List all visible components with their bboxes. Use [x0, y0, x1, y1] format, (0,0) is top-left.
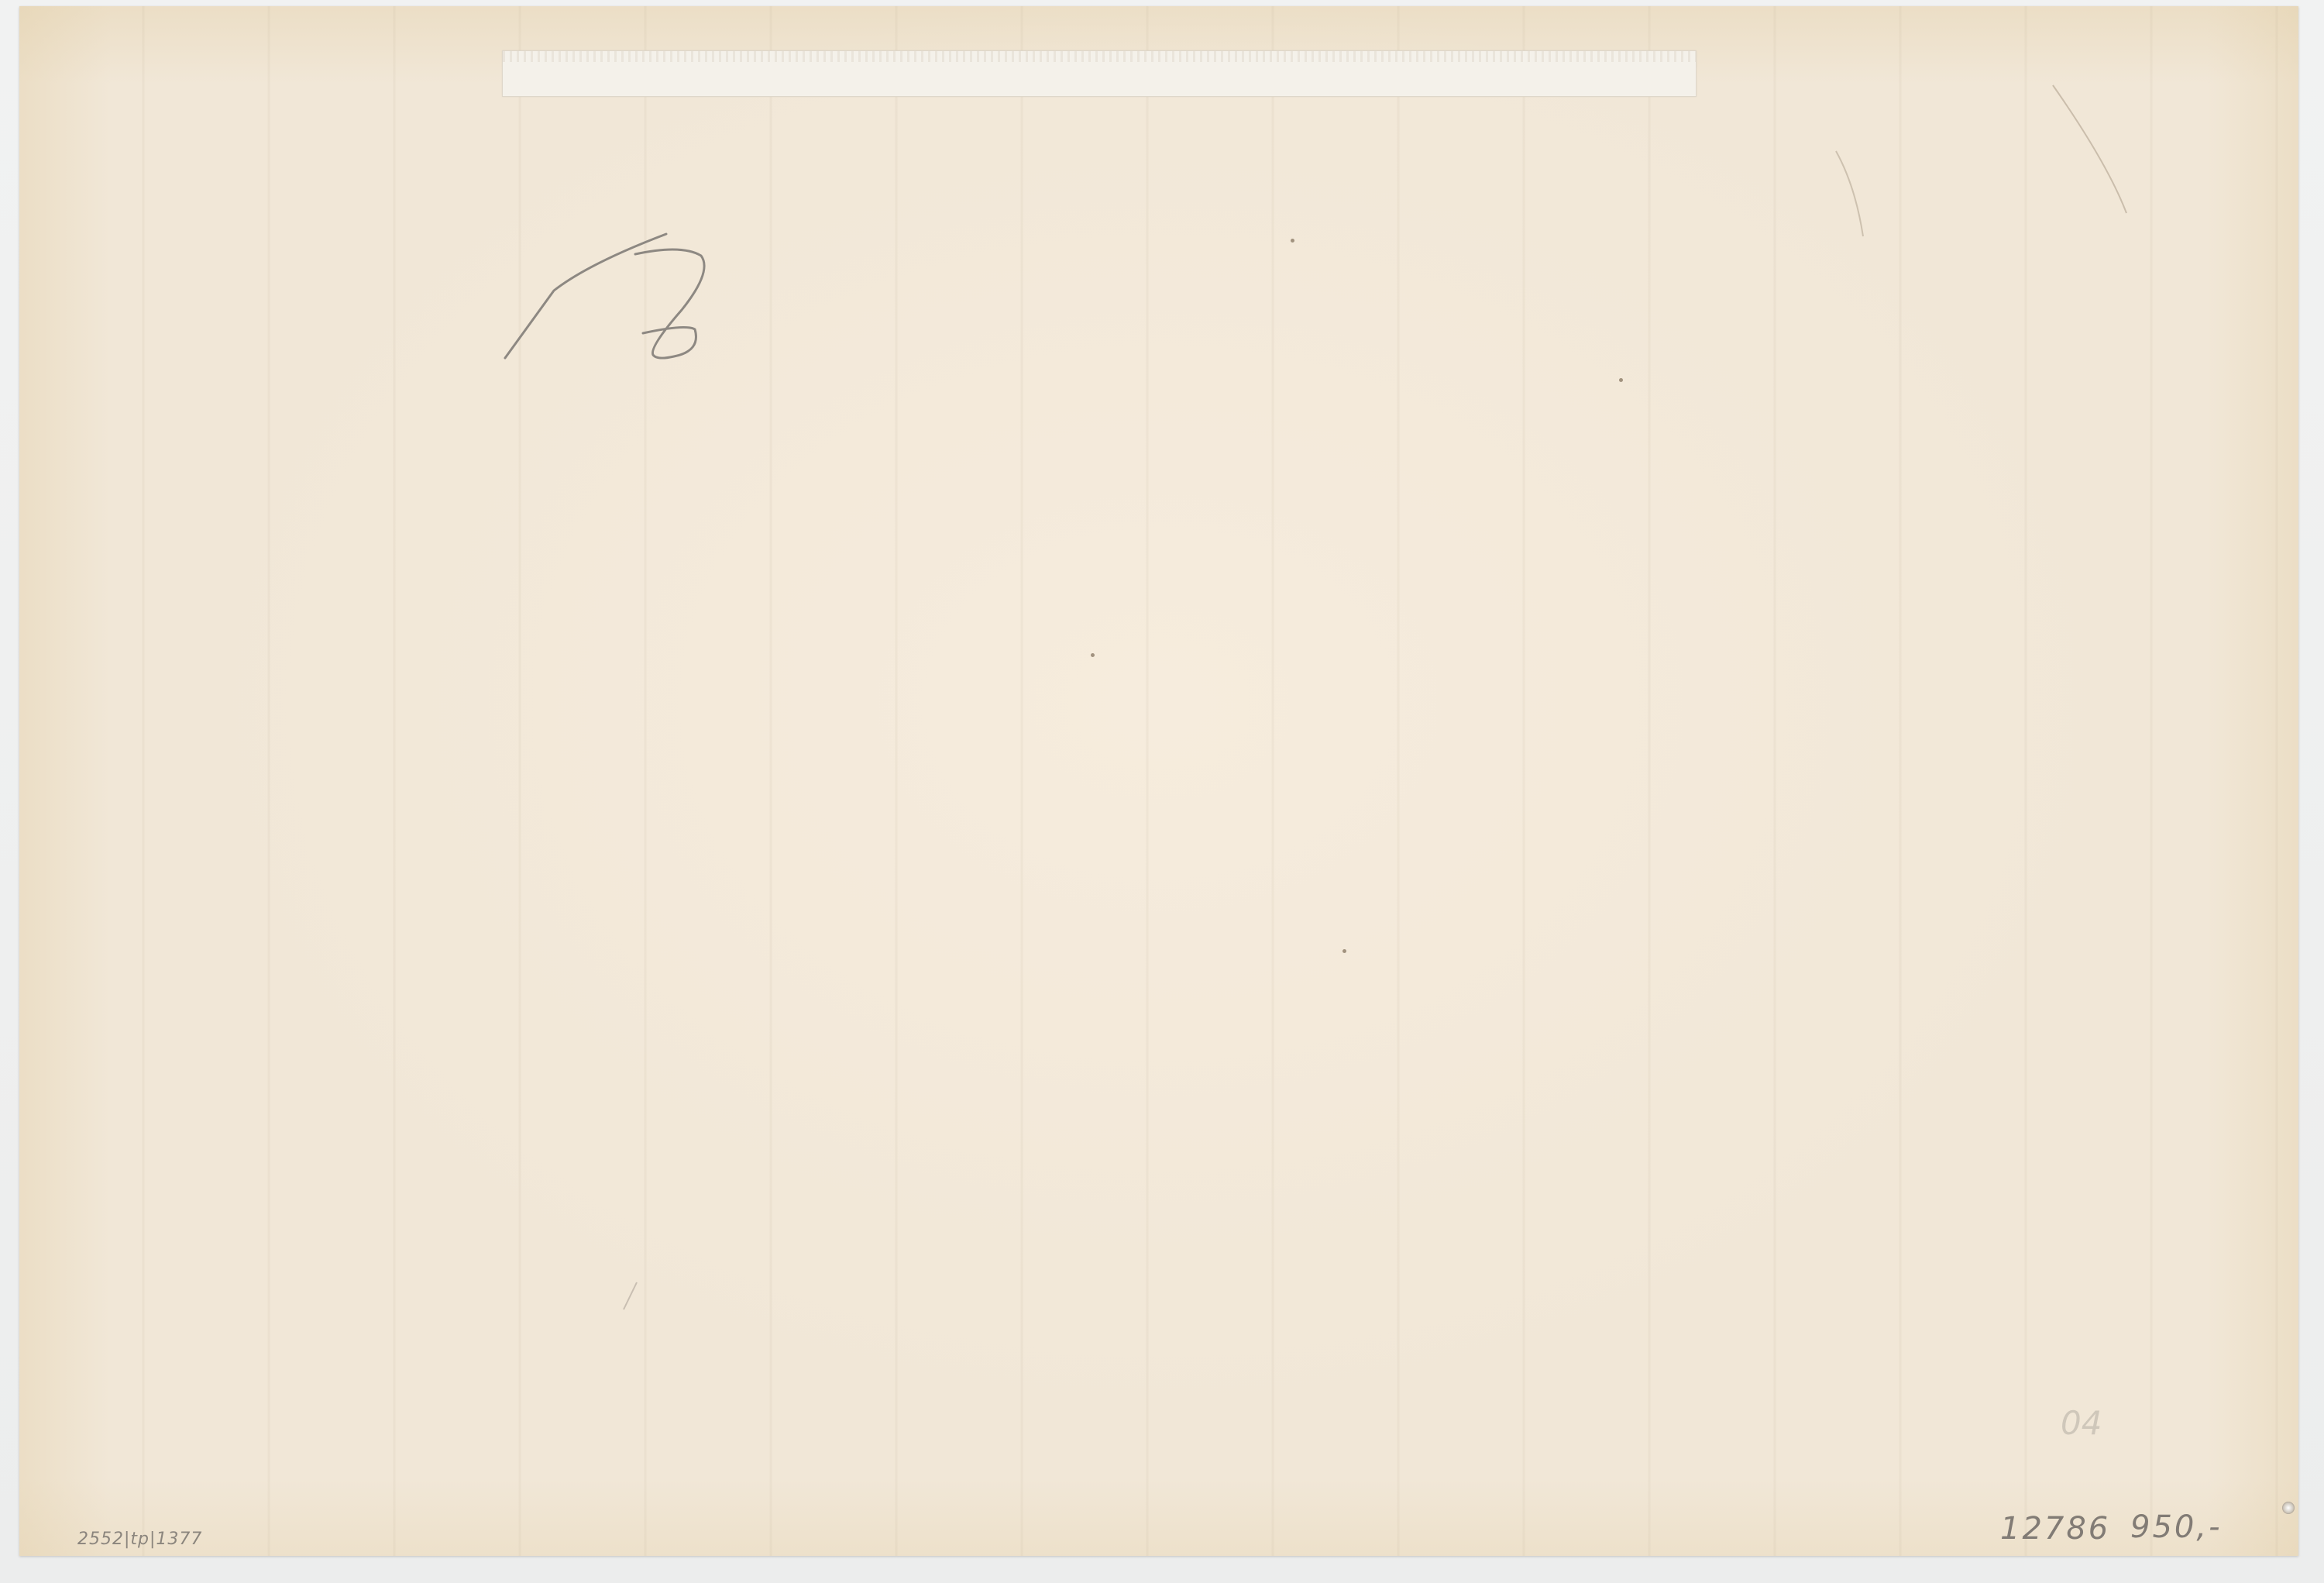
price-annotation: 950,-	[2130, 1509, 2223, 1545]
pencil-mark-f2	[0, 0, 2324, 1583]
foxing-spot	[1291, 239, 1294, 243]
paper-tear	[2282, 1502, 2295, 1514]
inventory-number-right: 12786	[2000, 1511, 2110, 1547]
foxing-spot	[1619, 378, 1623, 382]
foxing-spot	[1091, 653, 1095, 657]
faint-corner-mark: 04	[2061, 1404, 2102, 1442]
foxing-spot	[1342, 949, 1346, 953]
inventory-number-left: 2552|tp|1377	[77, 1530, 202, 1549]
